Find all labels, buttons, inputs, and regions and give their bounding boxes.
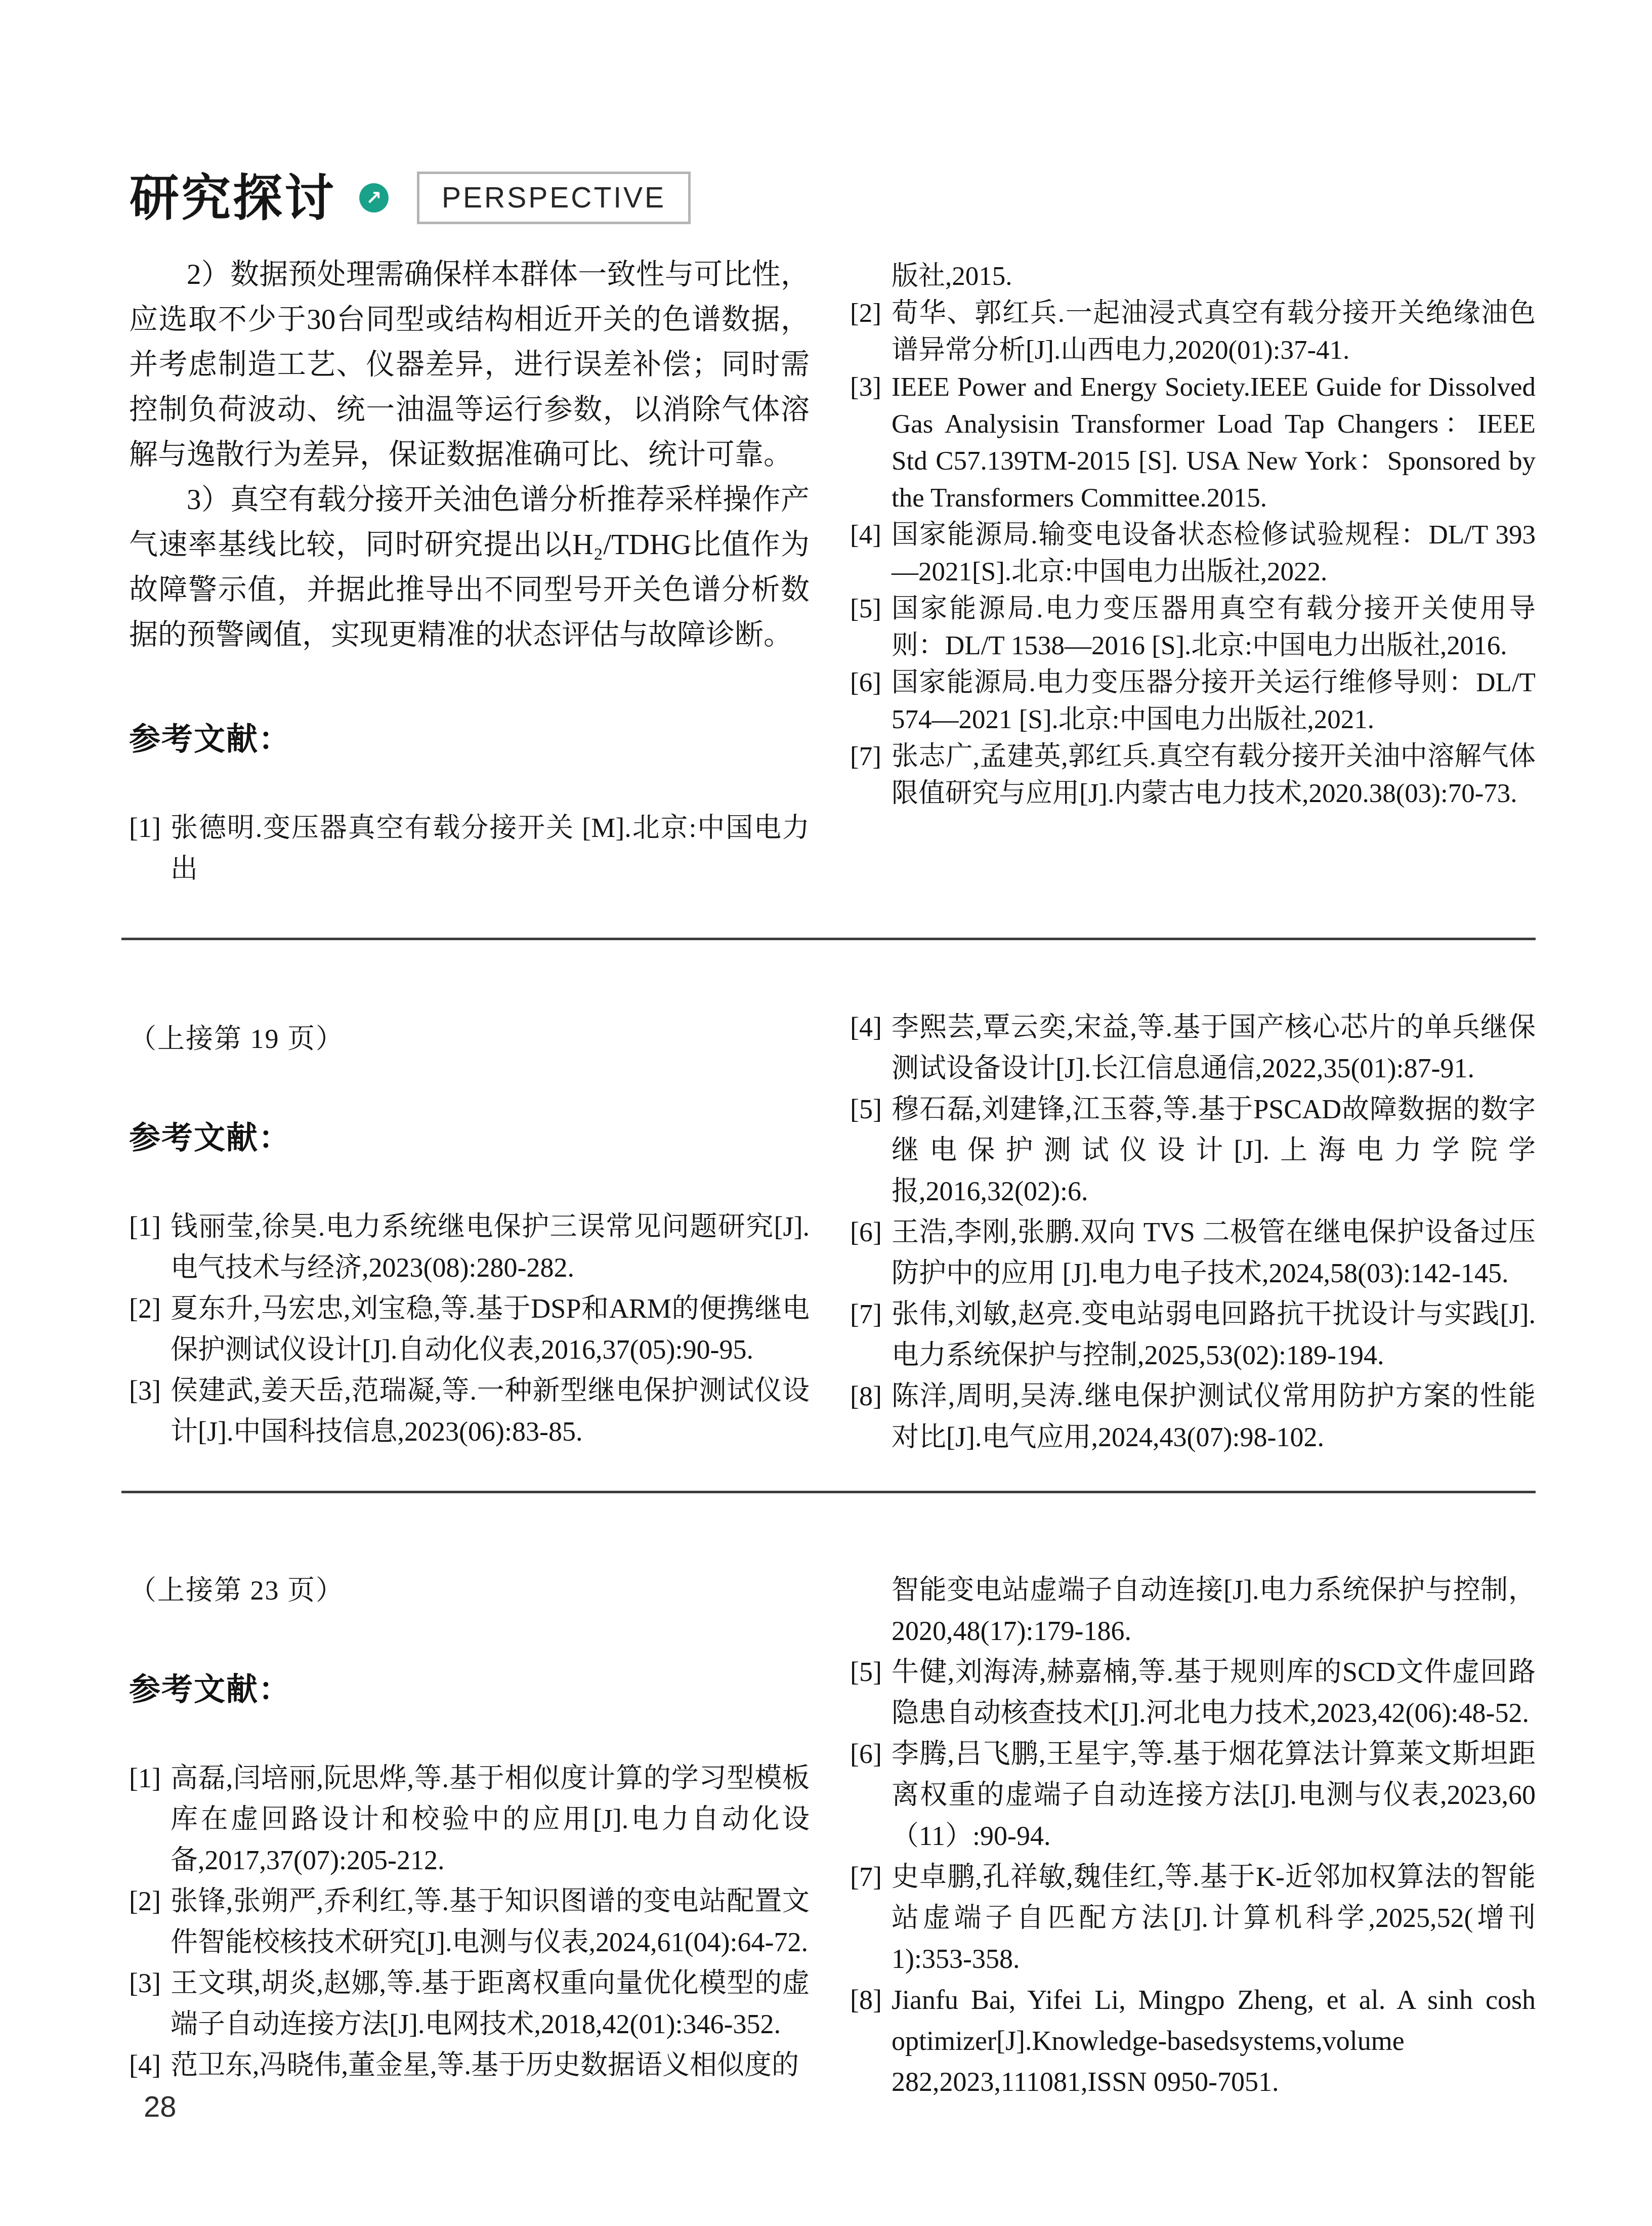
reference-item: [5] 国家能源局.电力变压器用真空有载分接开关使用导则：DL/T 1538—2… <box>850 591 1536 664</box>
reference-item: [5] 牛健,刘海涛,赫嘉楠,等.基于规则库的SCD文件虚回路隐患自动核查技术[… <box>850 1652 1536 1734</box>
reference-number: [2] <box>129 1288 161 1329</box>
reference-number: [5] <box>850 591 881 627</box>
reference-number: [4] <box>129 2045 161 2086</box>
reference-text: 李腾,吕飞鹏,王星宇,等.基于烟花算法计算莱文斯坦距离权重的虚端子自动连接方法[… <box>892 1739 1536 1851</box>
reference-text: 史卓鹏,孔祥敏,魏佳红,等.基于K-近邻加权算法的智能站虚端子自匹配方法[J].… <box>892 1862 1536 1974</box>
reference-text: 张锋,张朔严,乔利红,等.基于知识图谱的变电站配置文件智能校核技术研究[J].电… <box>171 1886 810 1957</box>
reference-number: [3] <box>129 1370 161 1411</box>
reference-item: 版社,2015. <box>850 258 1536 295</box>
arrow-up-right-icon: ↗ <box>359 183 389 213</box>
reference-text: 范卫东,冯晓伟,董金星,等.基于历史数据语义相似度的 <box>171 2050 799 2080</box>
reference-number: [1] <box>129 808 161 849</box>
section1-left-column: 2）数据预处理需确保样本群体一致性与可比性，应选取不少于30台同型或结构相近开关… <box>129 252 810 890</box>
reference-text: IEEE Power and Energy Society.IEEE Guide… <box>892 372 1536 513</box>
reference-number: [1] <box>129 1758 161 1799</box>
reference-number: [7] <box>850 738 881 775</box>
reference-text: 王浩,李刚,张鹏.双向 TVS 二极管在继电保护设备过压防护中的应用 [J].电… <box>892 1217 1536 1288</box>
reference-item: [1] 钱丽莹,徐昊.电力系统继电保护三误常见问题研究[J].电气技术与经济,2… <box>129 1206 810 1288</box>
reference-item: 智能变电站虚端子自动连接[J].电力系统保护与控制，2020,48(17):17… <box>850 1570 1536 1652</box>
references-heading: 参考文献： <box>129 714 810 759</box>
article-end-section: 2）数据预处理需确保样本群体一致性与可比性，应选取不少于30台同型或结构相近开关… <box>129 252 1536 890</box>
reference-text: 侯建武,姜天岳,范瑞凝,等.一种新型继电保护测试仪设计[J].中国科技信息,20… <box>171 1375 810 1447</box>
reference-number: [3] <box>129 1963 161 2004</box>
reference-item: [7] 张志广,孟建英,郭红兵.真空有载分接开关油中溶解气体限值研究与应用[J]… <box>850 738 1536 812</box>
reference-item: [8] Jianfu Bai, Yifei Li, Mingpo Zheng, … <box>850 1980 1536 2103</box>
reference-item: [6] 国家能源局.电力变压器分接开关运行维修导则：DL/T 574—2021 … <box>850 664 1536 738</box>
reference-text: 智能变电站虚端子自动连接[J].电力系统保护与控制，2020,48(17):17… <box>892 1575 1536 1646</box>
reference-text: 王文琪,胡炎,赵娜,等.基于距离权重向量优化模型的虚端子自动连接方法[J].电网… <box>171 1968 810 2039</box>
section2-right-column: [4] 李熙芸,覃云奕,宋益,等.基于国产核心芯片的单兵继保测试设备设计[J].… <box>850 1007 1536 1458</box>
reference-item: [2] 荀华、郭红兵.一起油浸式真空有载分接开关绝缘油色谱异常分析[J].山西电… <box>850 295 1536 369</box>
reference-item: [4] 范卫东,冯晓伟,董金星,等.基于历史数据语义相似度的 <box>129 2045 810 2086</box>
section-divider <box>121 938 1536 940</box>
reference-text: Jianfu Bai, Yifei Li, Mingpo Zheng, et a… <box>892 1985 1536 2097</box>
reference-text: 钱丽莹,徐昊.电力系统继电保护三误常见问题研究[J].电气技术与经济,2023(… <box>171 1211 810 1283</box>
reference-item: [6] 李腾,吕飞鹏,王星宇,等.基于烟花算法计算莱文斯坦距离权重的虚端子自动连… <box>850 1734 1536 1857</box>
reference-number: [8] <box>850 1980 882 2021</box>
section3-left-column: （上接第 23 页） 参考文献： [1] 高磊,闫培丽,阮思烨,等.基于相似度计… <box>129 1532 810 2103</box>
reference-text: 版社,2015. <box>892 262 1012 291</box>
references-heading: 参考文献： <box>129 1113 810 1158</box>
reference-item: [1] 高磊,闫培丽,阮思烨,等.基于相似度计算的学习型模板库在虚回路设计和校验… <box>129 1758 810 1881</box>
column-title: 研究探讨 <box>130 173 336 223</box>
reference-item: [7] 史卓鹏,孔祥敏,魏佳红,等.基于K-近邻加权算法的智能站虚端子自匹配方法… <box>850 1857 1536 1980</box>
reference-number: [5] <box>850 1652 882 1693</box>
reference-text: 国家能源局.输变电设备状态检修试验规程：DL/T 393—2021[S].北京:… <box>892 520 1536 586</box>
reference-text: 夏东升,马宏忠,刘宝稳,等.基于DSP和ARM的便携继电保护测试仪设计[J].自… <box>171 1293 810 1365</box>
body-paragraph: 3）真空有载分接开关油色谱分析推荐采样操作产气速率基线比较，同时研究提出以H₂/… <box>129 477 810 657</box>
reference-text: 张德明.变压器真空有载分接开关 [M].北京:中国电力出 <box>171 813 810 884</box>
reference-item: [1] 张德明.变压器真空有载分接开关 [M].北京:中国电力出 <box>129 808 810 890</box>
section-divider <box>121 1491 1536 1493</box>
references-heading: 参考文献： <box>129 1664 810 1709</box>
reference-text: 穆石磊,刘建锋,江玉蓉,等.基于PSCAD故障数据的数字继电保护测试仪设计[J]… <box>892 1094 1536 1206</box>
continued-from-note: （上接第 23 页） <box>129 1569 810 1608</box>
section3-right-column: 智能变电站虚端子自动连接[J].电力系统保护与控制，2020,48(17):17… <box>850 1570 1536 2103</box>
section1-right-column: 版社,2015. [2] 荀华、郭红兵.一起油浸式真空有载分接开关绝缘油色谱异常… <box>850 258 1536 890</box>
reference-number: [4] <box>850 517 881 554</box>
page-number: 28 <box>144 2090 177 2124</box>
reference-list: [1] 张德明.变压器真空有载分接开关 [M].北京:中国电力出 <box>129 808 810 890</box>
reference-item: [3] 侯建武,姜天岳,范瑞凝,等.一种新型继电保护测试仪设计[J].中国科技信… <box>129 1370 810 1452</box>
continued-references-section-p19: （上接第 19 页） 参考文献： [1] 钱丽莹,徐昊.电力系统继电保护三误常见… <box>129 981 1536 1458</box>
reference-number: [6] <box>850 1212 882 1253</box>
reference-number: [7] <box>850 1857 882 1898</box>
reference-item: [6] 王浩,李刚,张鹏.双向 TVS 二极管在继电保护设备过压防护中的应用 [… <box>850 1212 1536 1294</box>
masthead: 研究探讨 ↗ PERSPECTIVE <box>130 170 691 226</box>
reference-list: [1] 高磊,闫培丽,阮思烨,等.基于相似度计算的学习型模板库在虚回路设计和校验… <box>129 1758 810 2086</box>
reference-item: [4] 李熙芸,覃云奕,宋益,等.基于国产核心芯片的单兵继保测试设备设计[J].… <box>850 1007 1536 1089</box>
reference-item: [2] 张锋,张朔严,乔利红,等.基于知识图谱的变电站配置文件智能校核技术研究[… <box>129 1881 810 1963</box>
reference-text: 陈洋,周明,吴涛.继电保护测试仪常用防护方案的性能对比[J].电气应用,2024… <box>892 1381 1536 1452</box>
reference-number: [6] <box>850 664 881 701</box>
reference-number: [7] <box>850 1294 882 1335</box>
reference-text: 高磊,闫培丽,阮思烨,等.基于相似度计算的学习型模板库在虚回路设计和校验中的应用… <box>171 1763 810 1875</box>
reference-text: 张伟,刘敏,赵亮.变电站弱电回路抗干扰设计与实践[J].电力系统保护与控制,20… <box>892 1299 1536 1370</box>
reference-number: [3] <box>850 369 881 406</box>
journal-page: 研究探讨 ↗ PERSPECTIVE 2）数据预处理需确保样本群体一致性与可比性… <box>0 0 1652 2226</box>
reference-item: [4] 国家能源局.输变电设备状态检修试验规程：DL/T 393—2021[S]… <box>850 517 1536 591</box>
reference-item: [3] IEEE Power and Energy Society.IEEE G… <box>850 369 1536 517</box>
reference-text: 李熙芸,覃云奕,宋益,等.基于国产核心芯片的单兵继保测试设备设计[J].长江信息… <box>892 1012 1536 1083</box>
section2-left-column: （上接第 19 页） 参考文献： [1] 钱丽莹,徐昊.电力系统继电保护三误常见… <box>129 981 810 1458</box>
column-title-en: PERSPECTIVE <box>417 172 691 225</box>
reference-item: [2] 夏东升,马宏忠,刘宝稳,等.基于DSP和ARM的便携继电保护测试仪设计[… <box>129 1288 810 1370</box>
reference-number: [5] <box>850 1089 882 1130</box>
reference-item: [7] 张伟,刘敏,赵亮.变电站弱电回路抗干扰设计与实践[J].电力系统保护与控… <box>850 1294 1536 1376</box>
reference-text: 国家能源局.电力变压器分接开关运行维修导则：DL/T 574—2021 [S].… <box>892 668 1536 734</box>
reference-text: 牛健,刘海涛,赫嘉楠,等.基于规则库的SCD文件虚回路隐患自动核查技术[J].河… <box>892 1657 1536 1728</box>
reference-number: [4] <box>850 1007 882 1048</box>
reference-number: [1] <box>129 1206 161 1247</box>
continued-from-note: （上接第 19 页） <box>129 1017 810 1056</box>
reference-number: [6] <box>850 1734 882 1775</box>
reference-item: [5] 穆石磊,刘建锋,江玉蓉,等.基于PSCAD故障数据的数字继电保护测试仪设… <box>850 1089 1536 1212</box>
reference-item: [8] 陈洋,周明,吴涛.继电保护测试仪常用防护方案的性能对比[J].电气应用,… <box>850 1376 1536 1458</box>
reference-list: [1] 钱丽莹,徐昊.电力系统继电保护三误常见问题研究[J].电气技术与经济,2… <box>129 1206 810 1452</box>
reference-number: [8] <box>850 1376 882 1417</box>
reference-number: [2] <box>129 1881 161 1922</box>
reference-text: 荀华、郭红兵.一起油浸式真空有载分接开关绝缘油色谱异常分析[J].山西电力,20… <box>892 299 1536 365</box>
reference-item: [3] 王文琪,胡炎,赵娜,等.基于距离权重向量优化模型的虚端子自动连接方法[J… <box>129 1963 810 2045</box>
continued-references-section-p23: （上接第 23 页） 参考文献： [1] 高磊,闫培丽,阮思烨,等.基于相似度计… <box>129 1532 1536 2103</box>
body-paragraph: 2）数据预处理需确保样本群体一致性与可比性，应选取不少于30台同型或结构相近开关… <box>129 252 810 477</box>
reference-text: 张志广,孟建英,郭红兵.真空有载分接开关油中溶解气体限值研究与应用[J].内蒙古… <box>892 742 1536 808</box>
arrow-glyph: ↗ <box>366 187 382 209</box>
reference-number: [2] <box>850 295 881 332</box>
reference-text: 国家能源局.电力变压器用真空有载分接开关使用导则：DL/T 1538—2016 … <box>892 594 1536 660</box>
